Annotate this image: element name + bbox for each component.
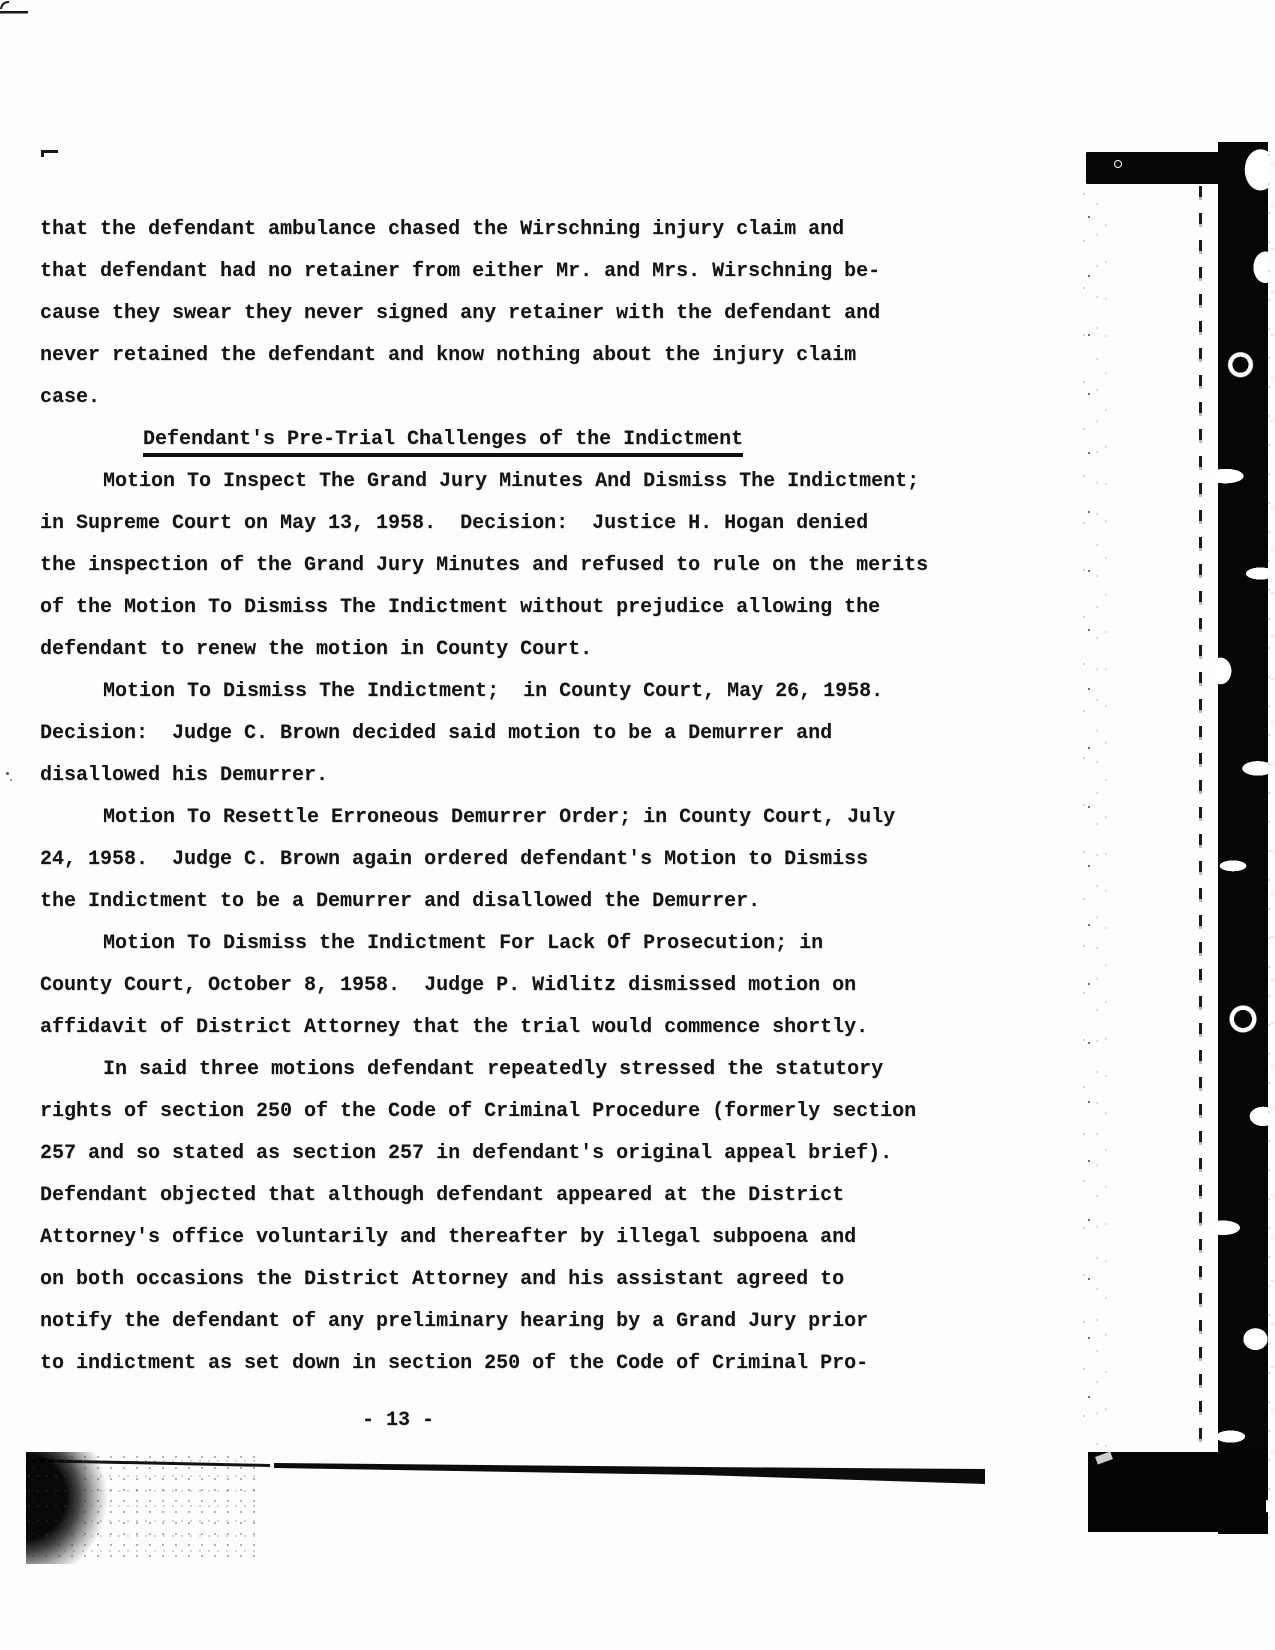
text-line: rights of section 250 of the Code of Cri… — [40, 1091, 1000, 1133]
scan-dashed-line — [1199, 186, 1202, 1452]
binding-strip — [1218, 142, 1268, 1534]
text-line: Motion To Dismiss The Indictment; in Cou… — [40, 671, 1000, 713]
text-line: Motion To Inspect The Grand Jury Minutes… — [40, 461, 1000, 503]
scanned-document-page: that the defendant ambulance chased the … — [0, 0, 1275, 1650]
text-line: County Court, October 8, 1958. Judge P. … — [40, 965, 1000, 1007]
text-line: in Supreme Court on May 13, 1958. Decisi… — [40, 503, 1000, 545]
text-line: that defendant had no retainer from eith… — [40, 251, 1000, 293]
text-line: Defendant objected that although defenda… — [40, 1175, 1000, 1217]
text-line: the Indictment to be a Demurrer and disa… — [40, 881, 1000, 923]
margin-speck — [6, 772, 9, 775]
text-line: case. — [40, 377, 1000, 419]
margin-dash — [42, 150, 58, 153]
bottom-smudge — [26, 1452, 256, 1564]
text-line: on both occasions the District Attorney … — [40, 1259, 1000, 1301]
page-number: - 13 - — [362, 1400, 434, 1442]
margin-dash-tick — [41, 150, 44, 157]
text-line: Attorney's office voluntarily and therea… — [40, 1217, 1000, 1259]
text-line: defendant to renew the motion in County … — [40, 629, 1000, 671]
text-line: notify the defendant of any preliminary … — [40, 1301, 1000, 1343]
section-heading-text: Defendant's Pre-Trial Challenges of the … — [143, 428, 743, 457]
text-line: disallowed his Demurrer. — [40, 755, 1000, 797]
text-line: Motion To Resettle Erroneous Demurrer Or… — [40, 797, 1000, 839]
text-block: that the defendant ambulance chased the … — [40, 209, 1000, 1385]
text-line: cause they swear they never signed any r… — [40, 293, 1000, 335]
scan-noise-column — [1078, 190, 1114, 1458]
text-line: never retained the defendant and know no… — [40, 335, 1000, 377]
text-line: 257 and so stated as section 257 in defe… — [40, 1133, 1000, 1175]
text-line: the inspection of the Grand Jury Minutes… — [40, 545, 1000, 587]
scan-top-bar — [1086, 152, 1224, 184]
text-line: Decision: Judge C. Brown decided said mo… — [40, 713, 1000, 755]
text-line: to indictment as set down in section 250… — [40, 1343, 1000, 1385]
margin-speck — [10, 779, 12, 781]
section-heading: Defendant's Pre-Trial Challenges of the … — [40, 419, 1000, 461]
scan-bottom-block — [1088, 1452, 1266, 1532]
text-line: 24, 1958. Judge C. Brown again ordered d… — [40, 839, 1000, 881]
text-line: of the Motion To Dismiss The Indictment … — [40, 587, 1000, 629]
text-line: that the defendant ambulance chased the … — [40, 209, 1000, 251]
corner-mark — [0, 0, 40, 24]
text-line: In said three motions defendant repeated… — [40, 1049, 1000, 1091]
text-line: affidavit of District Attorney that the … — [40, 1007, 1000, 1049]
text-line: Motion To Dismiss the Indictment For Lac… — [40, 923, 1000, 965]
